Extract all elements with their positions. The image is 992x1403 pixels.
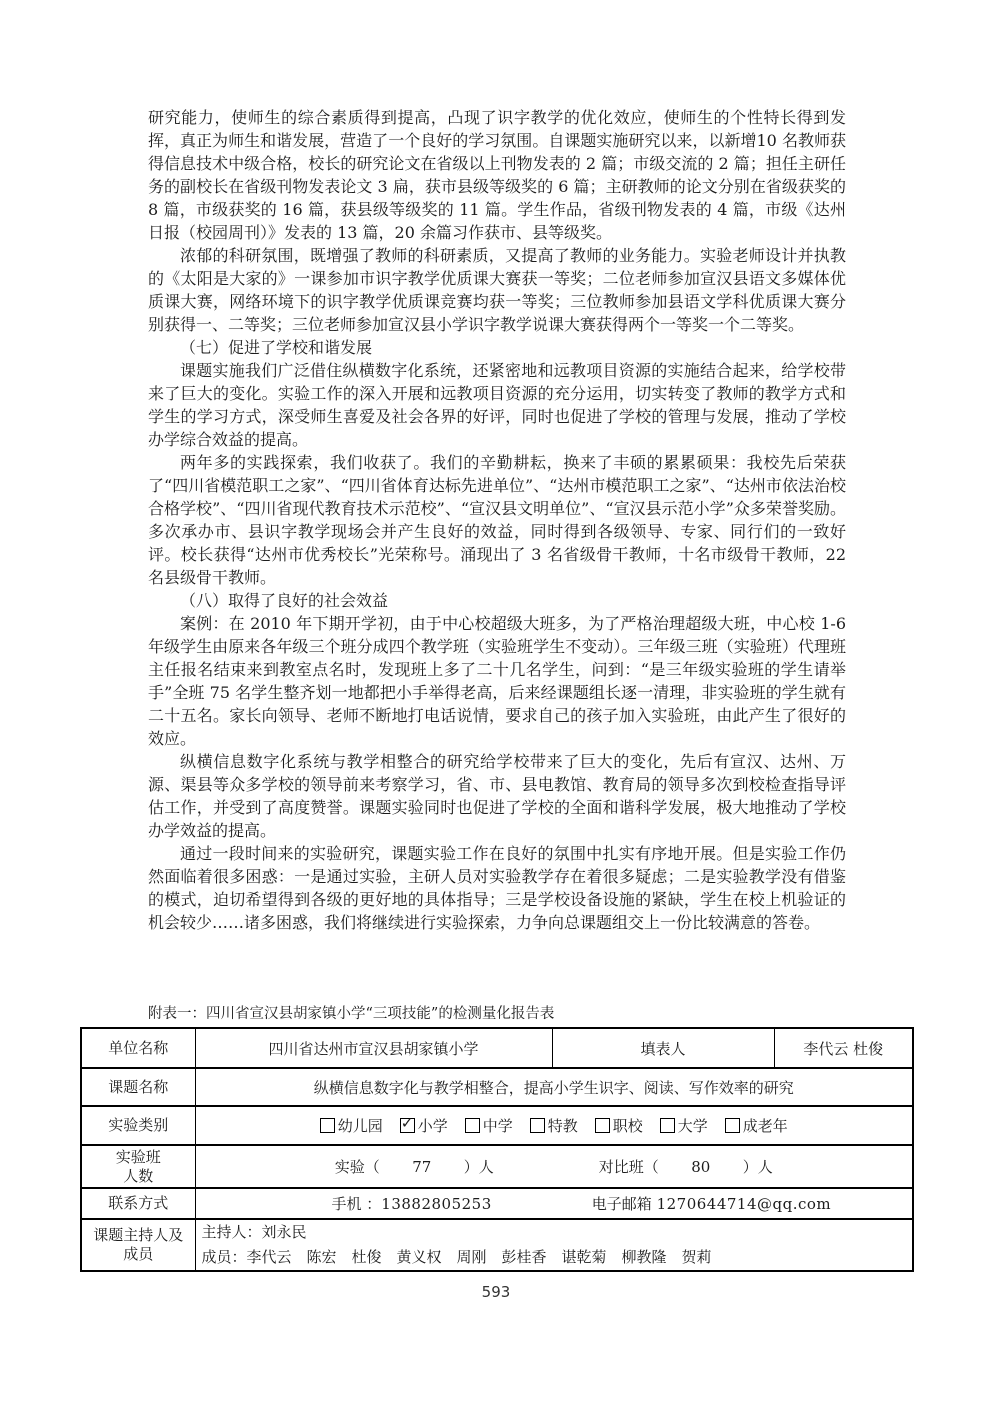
body-paragraph-1: 研究能力，使师生的综合素质得到提高，凸现了识字教学的优化效应，使师生的个性特长得… [148,106,846,244]
category-option-middle-school: ✓ 中学 [465,1115,513,1136]
appendix-table-section: 附表一：四川省宣汉县胡家镇小学“三项技能”的检测量化报告表 单位名称 四川省达州… [80,1004,912,1272]
class-size-label: 实验班 人数 [81,1145,195,1188]
table-row: 课题主持人及 成员 主持人：刘永民 成员：李代云 陈宏 杜俊 黄义权 周刚 彭桂… [81,1219,913,1271]
topic-name-value: 纵横信息数字化与教学相整合，提高小学生识字、阅读、写作效率的研究 [195,1068,913,1106]
check-icon: ✓ [401,1114,414,1132]
class-size-label-line1: 实验班 [116,1148,161,1166]
experiment-count: 实验（ 77 ）人 [335,1156,494,1177]
table-row: 联系方式 手机 ：13882805253 电子邮箱 1270644714@qq.… [81,1188,913,1219]
table-row: 课题名称 纵横信息数字化与教学相整合，提高小学生识字、阅读、写作效率的研究 [81,1068,913,1106]
leader-value: 主持人：刘永民 [202,1223,307,1241]
body-text: 研究能力，使师生的综合素质得到提高，凸现了识字教学的优化效应，使师生的个性特长得… [148,106,846,934]
control-count-suffix: ）人 [743,1156,773,1177]
table-row: 实验类别 ✓ 幼儿园 ✓ 小学 ✓ 中学 [81,1106,913,1145]
experiment-count-prefix: 实验（ [335,1156,380,1177]
body-paragraph-7: 通过一段时间来的实验研究，课题实验工作在良好的氛围中扎实有序地开展。但是实验工作… [148,842,846,934]
experiment-category-options: ✓ 幼儿园 ✓ 小学 ✓ 中学 ✓ 特教 [195,1106,913,1145]
members-value: 成员：李代云 陈宏 杜俊 黄义权 周刚 彭桂香 谌乾菊 柳教隆 贺莉 [202,1248,712,1266]
phone-value: 13882805253 [381,1195,491,1213]
section-heading-seven: （七）促进了学校和谐发展 [148,336,846,359]
control-count-value: 80 [659,1158,743,1176]
unit-name-label: 单位名称 [81,1028,195,1068]
checkbox-vocational-icon[interactable]: ✓ [595,1118,610,1133]
topic-name-label: 课题名称 [81,1068,195,1106]
report-form-table: 单位名称 四川省达州市宣汉县胡家镇小学 填表人 李代云 杜俊 课题名称 纵横信息… [80,1027,914,1272]
table-row: 实验班 人数 实验（ 77 ）人 对比班（ 80 ）人 [81,1145,913,1188]
preparer-value: 李代云 杜俊 [774,1028,913,1068]
email-value: 1270644714@qq.com [657,1195,832,1213]
category-option-special-ed: ✓ 特教 [530,1115,578,1136]
category-option-kindergarten: ✓ 幼儿园 [320,1115,383,1136]
checkbox-adult-senior-icon[interactable]: ✓ [725,1118,740,1133]
preparer-label: 填表人 [552,1028,774,1068]
body-paragraph-3: 课题实施我们广泛借住纵横数字化系统，还紧密地和远教项目资源的实施结合起来，给学校… [148,359,846,451]
category-option-adult-senior: ✓ 成老年 [725,1115,788,1136]
checkbox-primary-school-icon[interactable]: ✓ [400,1118,415,1133]
category-option-label: 特教 [548,1115,578,1136]
phone-label: 手机 ： [332,1195,382,1213]
document-page: 研究能力，使师生的综合素质得到提高，凸现了识字教学的优化效应，使师生的个性特长得… [0,0,992,1403]
email-group: 电子邮箱 1270644714@qq.com [592,1193,831,1214]
unit-name-value: 四川省达州市宣汉县胡家镇小学 [195,1028,552,1068]
category-option-label: 职校 [613,1115,643,1136]
checkbox-kindergarten-icon[interactable]: ✓ [320,1118,335,1133]
body-paragraph-4: 两年多的实践探索，我们收获了。我们的辛勤耕耘，换来了丰硕的累累硕果：我校先后荣获… [148,451,846,589]
body-paragraph-6: 纵横信息数字化系统与教学相整合的研究给学校带来了巨大的变化，先后有宣汉、达州、万… [148,750,846,842]
category-option-label: 成老年 [743,1115,788,1136]
experiment-count-value: 77 [380,1158,464,1176]
experiment-count-suffix: ）人 [464,1156,494,1177]
team-values: 主持人：刘永民 成员：李代云 陈宏 杜俊 黄义权 周刚 彭桂香 谌乾菊 柳教隆 … [195,1219,913,1271]
category-option-label: 幼儿园 [338,1115,383,1136]
class-size-label-line2: 人数 [123,1167,153,1185]
team-label-line2: 成员 [123,1245,153,1263]
category-option-university: ✓ 大学 [660,1115,708,1136]
category-option-label: 小学 [418,1115,448,1136]
table-row: 单位名称 四川省达州市宣汉县胡家镇小学 填表人 李代云 杜俊 [81,1028,913,1068]
email-label: 电子邮箱 [592,1195,652,1213]
checkbox-middle-school-icon[interactable]: ✓ [465,1118,480,1133]
category-option-primary-school: ✓ 小学 [400,1115,448,1136]
contact-values: 手机 ：13882805253 电子邮箱 1270644714@qq.com [195,1188,913,1219]
table-caption: 附表一：四川省宣汉县胡家镇小学“三项技能”的检测量化报告表 [148,1004,912,1024]
checkbox-university-icon[interactable]: ✓ [660,1118,675,1133]
category-option-vocational: ✓ 职校 [595,1115,643,1136]
phone-group: 手机 ：13882805253 [332,1193,492,1214]
checkbox-special-ed-icon[interactable]: ✓ [530,1118,545,1133]
body-paragraph-5: 案例：在 2010 年下期开学初，由于中心校超级大班多，为了严格治理超级大班，中… [148,612,846,750]
body-paragraph-2: 浓郁的科研氛围，既增强了教师的科研素质，又提高了教师的业务能力。实验老师设计并执… [148,244,846,336]
section-heading-eight: （八）取得了良好的社会效益 [148,589,846,612]
class-size-values: 实验（ 77 ）人 对比班（ 80 ）人 [195,1145,913,1188]
experiment-category-label: 实验类别 [81,1106,195,1145]
control-count: 对比班（ 80 ）人 [599,1156,773,1177]
contact-label: 联系方式 [81,1188,195,1219]
page-number: 593 [0,1283,992,1301]
control-count-prefix: 对比班（ [599,1156,659,1177]
team-label-line1: 课题主持人及 [93,1226,183,1244]
category-option-label: 大学 [678,1115,708,1136]
category-option-label: 中学 [483,1115,513,1136]
team-label: 课题主持人及 成员 [81,1219,195,1271]
